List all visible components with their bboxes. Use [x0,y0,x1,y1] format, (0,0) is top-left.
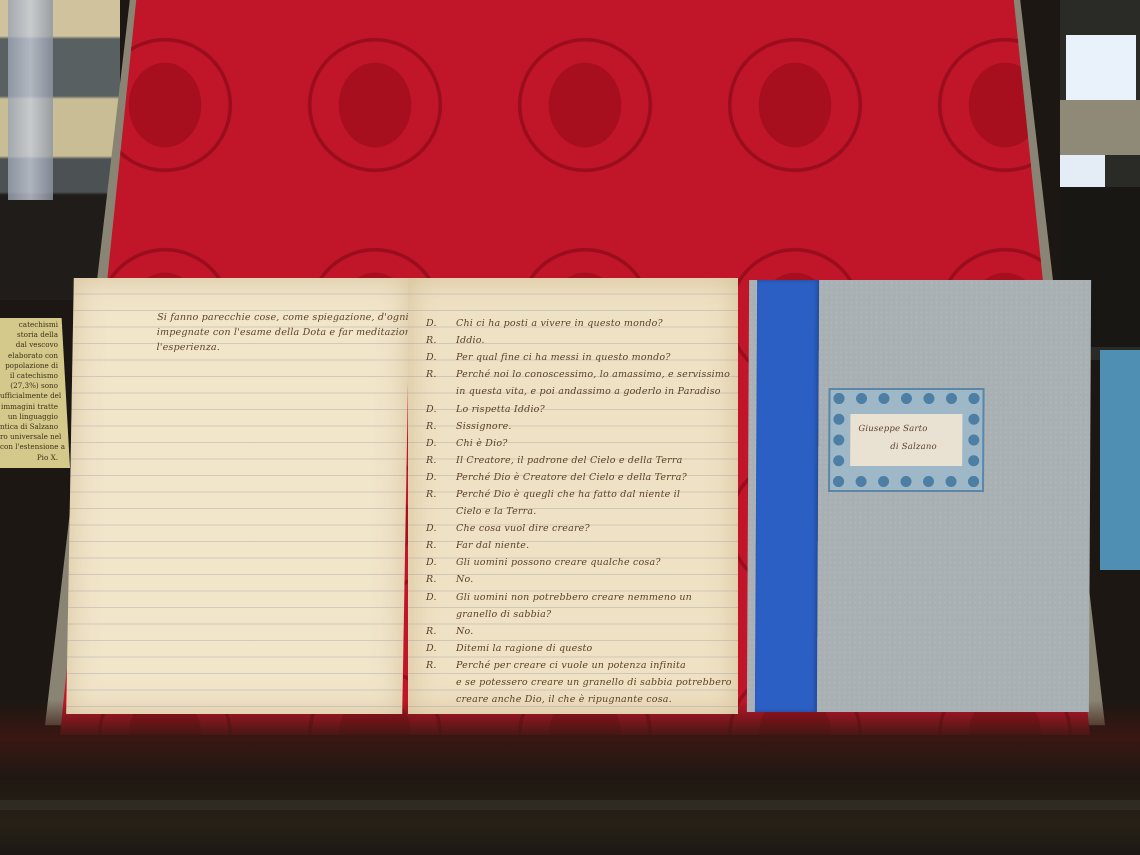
qa-text: Sissignore. [456,421,726,432]
qa-text: in questa vita, e poi andassimo a goderl… [456,386,726,397]
qa-text: Cielo e la Terra. [456,506,726,517]
qa-row: D.Gli uomini non potrebbero creare nemme… [426,589,726,606]
qa-row: D.Per qual fine ci ha messi in questo mo… [426,349,726,366]
qa-text: e se potessero creare un granello di sab… [456,677,732,688]
qa-text: No. [456,626,726,637]
qa-row: R.Il Creatore, il padrone del Cielo e de… [426,452,726,469]
closed-notebook: Giuseppe Sarto di Salzano [747,280,1091,712]
qa-text: Lo rispetta Iddio? [456,404,726,415]
qa-text: creare anche Dio, il che è ripugnante co… [456,694,726,705]
qa-mark: D. [426,404,456,415]
info-plaque: catechismi storia della dal vescovo elab… [0,318,70,468]
qa-mark: R. [426,626,456,637]
qa-row: D.Lo rispetta Iddio? [426,400,726,417]
qa-text: Perché Dio è Creatore del Cielo e della … [456,472,726,483]
qa-text: granello di sabbia? [456,609,726,620]
qa-mark: R. [426,455,456,466]
qa-text: Gli uomini non potrebbero creare nemmeno… [456,592,726,603]
qa-row: R.Perché per creare ci vuole un potenza … [426,657,726,674]
qa-row: R.Sissignore. [426,418,726,435]
qa-row: D.Ditemi la ragione di questo [426,640,726,657]
qa-mark: D. [426,523,456,534]
qa-row: e se potessero creare un granello di sab… [426,674,726,691]
qa-text: Perché Dio è quegli che ha fatto dal nie… [456,489,726,500]
qa-text: Chi ci ha posti a vivere in questo mondo… [456,318,726,329]
qa-text: Che cosa vuol dire creare? [456,523,726,534]
right-page: D.Chi ci ha posti a vivere in questo mon… [408,278,738,714]
qa-text: Perché noi lo conoscessimo, lo amassimo,… [456,369,730,380]
qa-text: Il Creatore, il padrone del Cielo e dell… [456,455,726,466]
qa-text: Far dal niente. [456,540,726,551]
ceiling-light [1060,155,1105,187]
plaque-line: popolazione di [0,361,70,371]
plaque-line: ro universale nel [0,432,70,442]
qa-row: D.Che cosa vuol dire creare? [426,520,726,537]
qa-mark: D. [426,643,456,654]
qa-row: D.Chi è Dio? [426,435,726,452]
qa-text: Perché per creare ci vuole un potenza in… [456,660,726,671]
plaque-line: dal vescovo [0,340,70,350]
qa-text: Gli uomini possono creare qualche cosa? [456,557,726,568]
label-name: Giuseppe Sarto [858,424,927,434]
qa-mark: D. [426,352,456,363]
label-inner: Giuseppe Sarto di Salzano [850,414,962,466]
qa-text: Ditemi la ragione di questo [456,643,726,654]
qa-row: creare anche Dio, il che è ripugnante co… [426,691,726,708]
blue-spine [755,280,819,712]
qa-text: No. [456,574,726,585]
qa-row: R.Iddio. [426,332,726,349]
ceiling-light [1066,35,1136,101]
plaque-line: ntica di Salzano [0,422,70,432]
qa-mark: D. [426,318,456,329]
qa-mark: D. [426,472,456,483]
plaque-line: Pio X. [0,453,70,463]
qa-row: D.Chi ci ha posti a vivere in questo mon… [426,315,726,332]
qa-row: D.Perché Dio è Creatore del Cielo e dell… [426,469,726,486]
qa-text: Chi è Dio? [456,438,726,449]
qa-row: Cielo e la Terra. [426,503,726,520]
ceiling-panel [1060,100,1140,155]
qa-row: R.No. [426,571,726,588]
qa-row: R.Perché noi lo conoscessimo, lo amassim… [426,366,726,383]
qa-mark: D. [426,592,456,603]
pillar-reflection [8,0,53,200]
plaque-line: immagini tratte [0,402,70,412]
plaque-line: un linguaggio [0,412,70,422]
qa-mark: R. [426,660,456,671]
handwritten-line: Si fanno parecchie cose, come spiegazion… [157,310,439,325]
qa-mark: R. [426,574,456,585]
qa-mark: R. [426,540,456,551]
qa-row: D.Gli uomini possono creare qualche cosa… [426,554,726,571]
qa-mark: R. [426,421,456,432]
qa-row: granello di sabbia? [426,606,726,623]
plaque-line: elaborato con [0,351,70,361]
qa-text: Iddio. [456,335,726,346]
qa-row: R.Far dal niente. [426,537,726,554]
open-notebook: Si fanno parecchie cose, come spiegazion… [70,278,738,714]
plaque-line: ufficialmente del [0,391,70,401]
plaque-line: il catechismo [0,371,70,381]
handwritten-line: impegnate con l'esame della Dota e far m… [157,325,439,340]
left-page: Si fanno parecchie cose, come spiegazion… [66,278,410,714]
handwritten-line: l'esperienza. [156,340,438,355]
plaque-line: con l'estensione a [0,442,70,452]
qa-text: Per qual fine ci ha messi in questo mond… [456,352,726,363]
qa-row: in questa vita, e poi andassimo a goderl… [426,383,726,400]
display-base-shadow [0,700,1140,855]
cover-label: Giuseppe Sarto di Salzano [828,388,985,492]
qa-mark: D. [426,557,456,568]
catechism-qa-list: D.Chi ci ha posti a vivere in questo mon… [426,315,726,708]
qa-mark: R. [426,369,456,380]
label-place: di Salzano [890,442,937,452]
display-ledge [0,800,1140,810]
plaque-line: (27,3%) sono [0,381,70,391]
plaque-line: storia della [0,330,70,340]
qa-mark: R. [426,335,456,346]
left-page-text: Si fanno parecchie cose, come spiegazion… [156,310,438,355]
plaque-line: catechismi [0,320,70,330]
qa-mark: R. [426,489,456,500]
qa-mark: D. [426,438,456,449]
adjacent-book-edge [1100,350,1140,570]
qa-row: R.Perché Dio è quegli che ha fatto dal n… [426,486,726,503]
qa-row: R.No. [426,623,726,640]
